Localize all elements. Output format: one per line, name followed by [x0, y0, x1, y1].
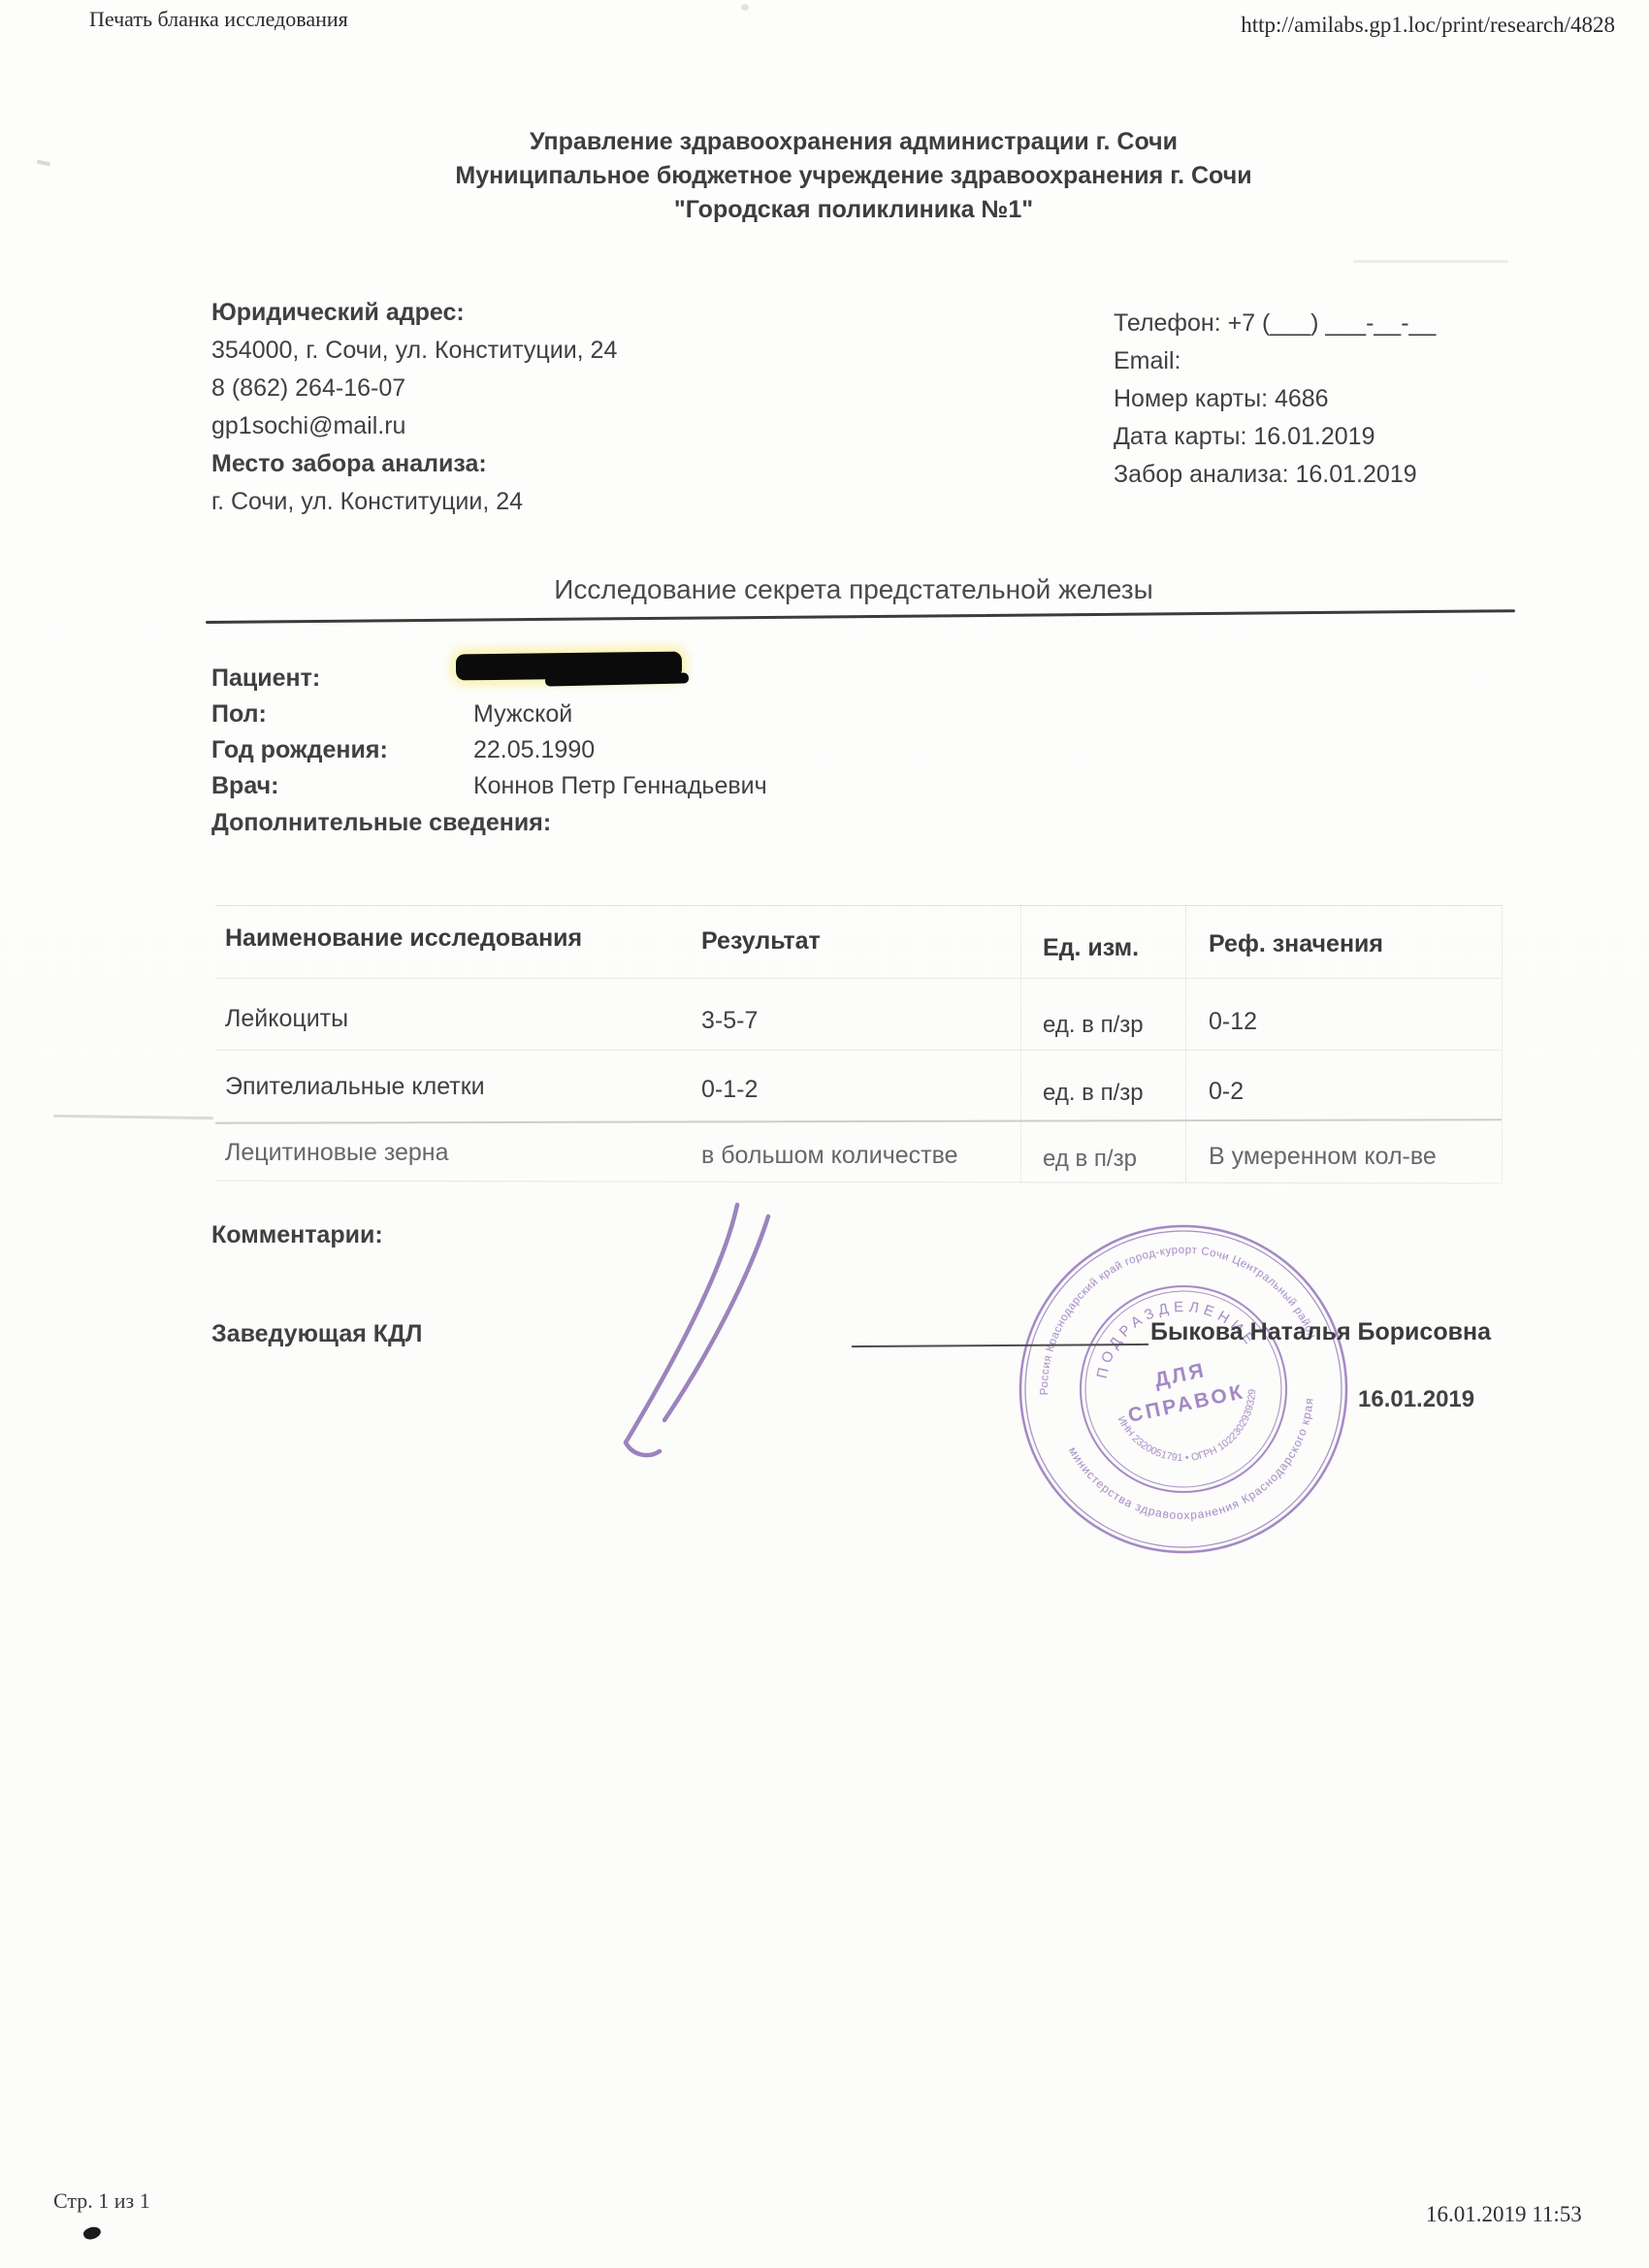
table-right-border — [1502, 905, 1503, 1182]
legal-address-label: Юридический адрес: — [211, 298, 465, 327]
table-col-border-units — [1020, 905, 1022, 1182]
sex-value: Мужской — [473, 699, 572, 729]
col-header-reference: Реф. значения — [1209, 929, 1383, 958]
birth-year-value: 22.05.1990 — [473, 735, 595, 764]
analysis-sampling-date: Забор анализа: 16.01.2019 — [1114, 460, 1417, 489]
svg-text:министерства здравоохранения К: министерства здравоохранения Краснодарск… — [1065, 1394, 1337, 1546]
table-cell-test-name: Лецитиновые зерна — [225, 1138, 449, 1167]
clinic-phone: 8 (862) 264-16-07 — [211, 373, 405, 403]
signatory-position: Заведующая КДЛ — [211, 1319, 422, 1348]
table-header-border — [215, 978, 1502, 979]
table-cell-reference: 0-2 — [1209, 1077, 1244, 1106]
table-cell-result: 3-5-7 — [701, 1006, 758, 1035]
signatory-name: Быкова Наталья Борисовна — [1150, 1317, 1491, 1346]
scan-artifact — [741, 4, 749, 11]
table-cell-test-name: Эпителиальные клетки — [225, 1072, 485, 1101]
legal-address-value: 354000, г. Сочи, ул. Конституции, 24 — [211, 336, 617, 365]
sex-label: Пол: — [211, 699, 267, 729]
table-cell-result: 0-1-2 — [701, 1075, 758, 1104]
stamp-center-line1: ДЛЯ — [1152, 1359, 1208, 1392]
table-cell-units: ед. в п/зр — [1043, 1079, 1144, 1108]
col-header-test-name: Наименование исследования — [225, 923, 582, 953]
scanned-lab-report-page: Печать бланка исследования http://amilab… — [0, 0, 1649, 2268]
patient-email-label: Email: — [1114, 346, 1180, 375]
table-cell-result: в большом количестве — [701, 1141, 958, 1170]
scan-artifact — [53, 1115, 213, 1119]
org-header-line2: Муниципальное бюджетное учреждение здрав… — [175, 162, 1533, 190]
clinic-round-stamp: Россия Краснодарский край город-курорт С… — [977, 1183, 1391, 1597]
table-cell-test-name: Лейкоциты — [225, 1004, 348, 1033]
doctor-value: Коннов Петр Геннадьевич — [473, 771, 767, 800]
sampling-place-value: г. Сочи, ул. Конституции, 24 — [211, 487, 523, 516]
table-row-border-2 — [215, 1118, 1502, 1123]
table-cell-units: ед. в п/зр — [1043, 1011, 1144, 1040]
table-cell-units: ед в п/зр — [1043, 1145, 1137, 1174]
table-col-border-ref — [1185, 905, 1187, 1182]
page-number: Стр. 1 из 1 — [53, 2188, 150, 2214]
scan-artifact — [82, 2225, 103, 2242]
table-cell-reference: В умеренном кол-ве — [1209, 1142, 1437, 1171]
scan-artifact — [1353, 260, 1508, 263]
patient-label: Пациент: — [211, 664, 320, 693]
comments-label: Комментарии: — [211, 1220, 383, 1249]
stamp-center-line2: СПРАВОК — [1126, 1380, 1246, 1427]
signature-date: 16.01.2019 — [1358, 1385, 1474, 1414]
patient-phone: Телефон: +7 (___) ___-__-__ — [1114, 308, 1436, 338]
print-timestamp: 16.01.2019 11:53 — [1426, 2202, 1620, 2227]
scan-artifact — [37, 160, 51, 167]
print-page-url: http://amilabs.gp1.loc/print/research/48… — [1067, 13, 1615, 38]
table-top-border — [215, 905, 1502, 906]
org-header-line3: "Городская поликлиника №1" — [175, 196, 1533, 224]
col-header-result: Результат — [701, 926, 821, 956]
sampling-place-label: Место забора анализа: — [211, 449, 487, 478]
doctor-label: Врач: — [211, 771, 278, 800]
card-date: Дата карты: 16.01.2019 — [1114, 422, 1374, 451]
table-cell-reference: 0-12 — [1209, 1007, 1257, 1036]
stamp-outer-arc-bottom: министерства здравоохранения Краснодарск… — [1065, 1394, 1337, 1546]
handwritten-signature — [582, 1176, 834, 1486]
table-row-border-1 — [215, 1050, 1502, 1051]
birth-year-label: Год рождения: — [211, 735, 388, 764]
extra-info-label: Дополнительные сведения: — [211, 808, 551, 837]
clinic-email: gp1sochi@mail.ru — [211, 411, 405, 440]
org-header-line1: Управление здравоохранения администрации… — [175, 128, 1533, 156]
col-header-units: Ед. изм. — [1043, 933, 1139, 962]
card-number: Номер карты: 4686 — [1114, 384, 1329, 413]
print-page-title: Печать бланка исследования — [89, 7, 348, 32]
research-title: Исследование секрета предстательной желе… — [175, 574, 1533, 605]
title-divider-line — [206, 609, 1515, 624]
patient-name-redaction-bar-tail — [545, 672, 689, 686]
